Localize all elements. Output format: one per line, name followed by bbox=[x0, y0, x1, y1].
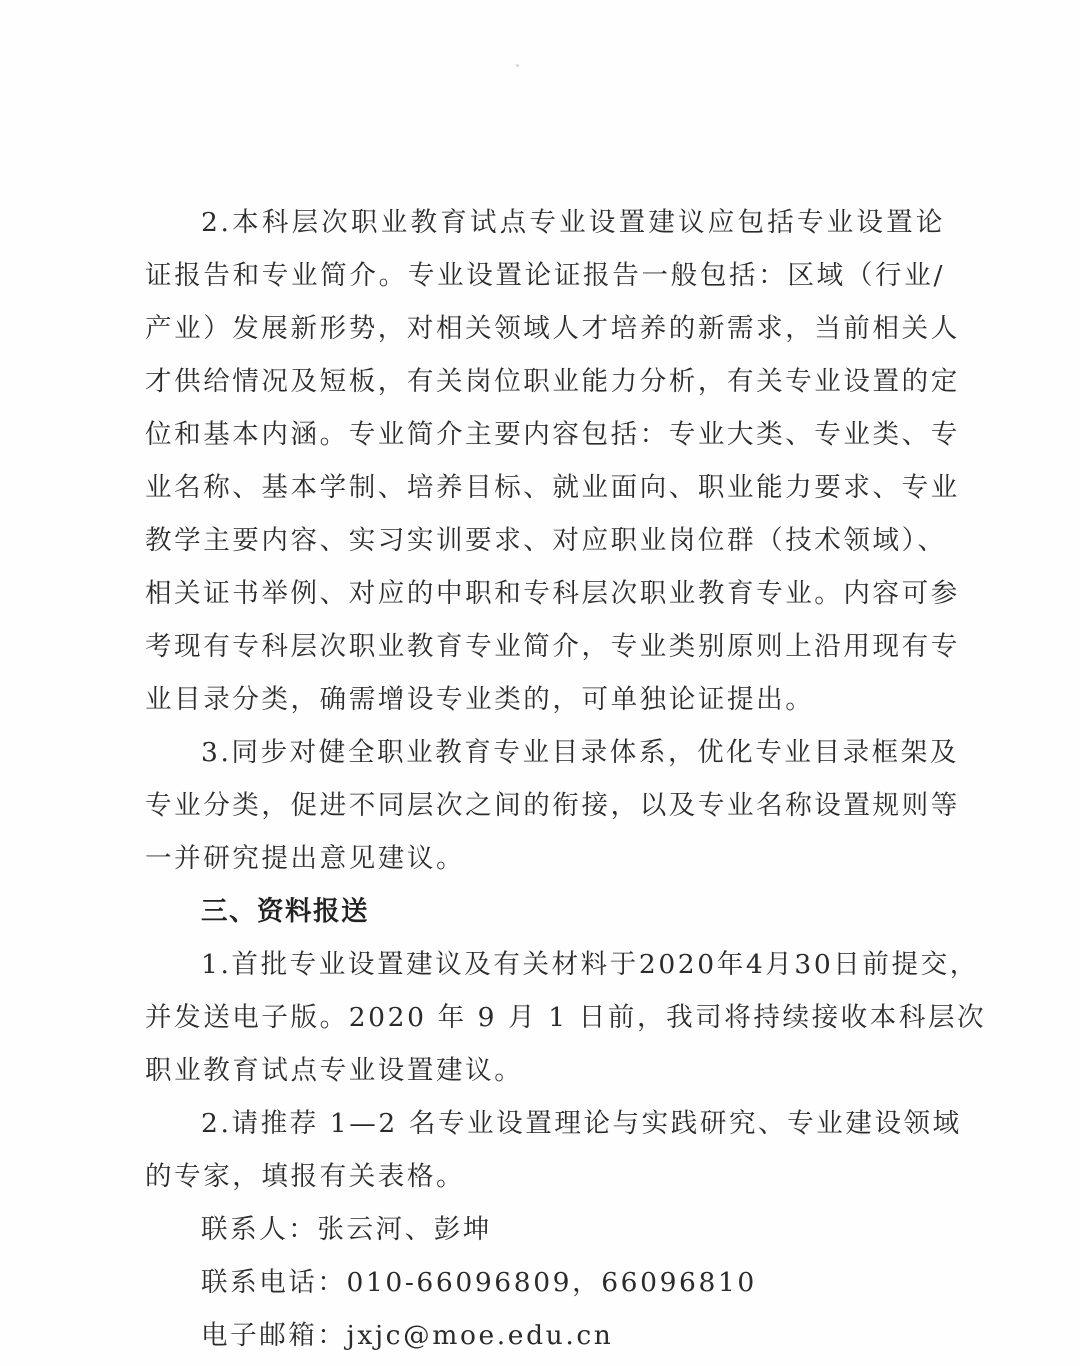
contact-person-value: 张云河、彭坤 bbox=[317, 1214, 492, 1245]
text-line: 一并研究提出意见建议。 bbox=[145, 832, 945, 885]
paragraph-expert-recommendation: 2.请推荐 1—2 名专业设置理论与实践研究、专业建设领域 的专家，填报有关表格… bbox=[145, 1097, 945, 1203]
section-heading-materials-submission: 三、资料报送 bbox=[145, 885, 945, 938]
text-line: 的专家，填报有关表格。 bbox=[145, 1150, 945, 1203]
text-line: 位和基本内涵。专业简介主要内容包括：专业大类、专业类、专 bbox=[145, 408, 945, 461]
text-line: 教学主要内容、实习实训要求、对应职业岗位群（技术领域）、 bbox=[145, 514, 945, 567]
paragraph-item-3-catalog-system: 3.同步对健全职业教育专业目录体系，优化专业目录框架及 专业分类，促进不同层次之… bbox=[145, 726, 945, 885]
text-line: 业名称、基本学制、培养目标、就业面向、职业能力要求、专业 bbox=[145, 461, 945, 514]
document-page: 2.本科层次职业教育试点专业设置建议应包括专业设置论 证报告和专业简介。专业设置… bbox=[0, 0, 1080, 1366]
document-body: 2.本科层次职业教育试点专业设置建议应包括专业设置论 证报告和专业简介。专业设置… bbox=[145, 196, 945, 1362]
text-line: 2.本科层次职业教育试点专业设置建议应包括专业设置论 bbox=[145, 196, 945, 249]
contact-email-row: 电子邮箱：jxjc@moe.edu.cn bbox=[145, 1309, 945, 1362]
scan-speck bbox=[516, 64, 519, 67]
contact-email-value: jxjc@moe.edu.cn bbox=[347, 1320, 614, 1351]
text-line: 产业）发展新形势，对相关领域人才培养的新需求，当前相关人 bbox=[145, 302, 945, 355]
contact-person-label: 联系人： bbox=[201, 1214, 317, 1245]
text-line: 相关证书举例、对应的中职和专科层次职业教育专业。内容可参 bbox=[145, 567, 945, 620]
paragraph-submission-deadline: 1.首批专业设置建议及有关材料于2020年4月30日前提交， 并发送电子版。20… bbox=[145, 938, 945, 1097]
text-line: 并发送电子版。2020 年 9 月 1 日前，我司将持续接收本科层次 bbox=[145, 991, 945, 1044]
paragraph-item-2-proposal-content: 2.本科层次职业教育试点专业设置建议应包括专业设置论 证报告和专业简介。专业设置… bbox=[145, 196, 945, 726]
text-line: 1.首批专业设置建议及有关材料于2020年4月30日前提交， bbox=[145, 938, 945, 991]
text-line: 业目录分类，确需增设专业类的，可单独论证提出。 bbox=[145, 673, 945, 726]
text-line: 专业分类，促进不同层次之间的衔接，以及专业名称设置规则等 bbox=[145, 779, 945, 832]
contact-info: 联系人：张云河、彭坤 联系电话：010-66096809，66096810 电子… bbox=[145, 1203, 945, 1362]
text-line: 3.同步对健全职业教育专业目录体系，优化专业目录框架及 bbox=[145, 726, 945, 779]
text-line: 职业教育试点专业设置建议。 bbox=[145, 1044, 945, 1097]
contact-phone-row: 联系电话：010-66096809，66096810 bbox=[145, 1256, 945, 1309]
text-line: 才供给情况及短板，有关岗位职业能力分析，有关专业设置的定 bbox=[145, 355, 945, 408]
text-line: 证报告和专业简介。专业设置论证报告一般包括：区域（行业/ bbox=[145, 249, 945, 302]
contact-email-label: 电子邮箱： bbox=[201, 1320, 347, 1351]
text-line: 考现有专科层次职业教育专业简介，专业类别原则上沿用现有专 bbox=[145, 620, 945, 673]
contact-person-row: 联系人：张云河、彭坤 bbox=[145, 1203, 945, 1256]
text-line: 2.请推荐 1—2 名专业设置理论与实践研究、专业建设领域 bbox=[145, 1097, 945, 1150]
contact-phone-value: 010-66096809，66096810 bbox=[347, 1267, 757, 1298]
contact-phone-label: 联系电话： bbox=[201, 1267, 347, 1298]
